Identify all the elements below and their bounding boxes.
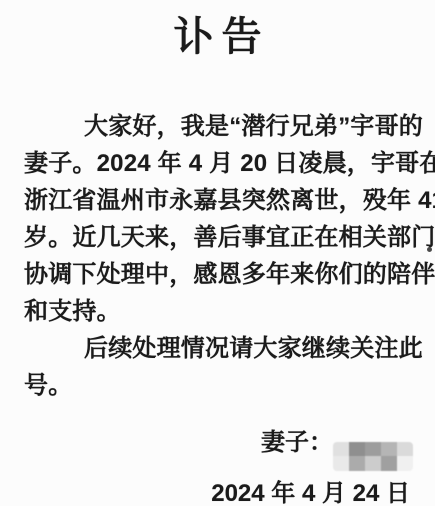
body-line: 浙江省温州市永嘉县突然离世，殁年 41: [24, 182, 417, 219]
signature-date: 2024 年 4 月 24 日: [0, 479, 435, 506]
ink-speck-artifact: [427, 247, 432, 252]
redacted-name-mosaic: [333, 442, 413, 471]
body-text: 大家好，我是“潜行兄弟”宇哥的 妻子。2024 年 4 月 20 日凌晨，宇哥在…: [0, 108, 435, 404]
body-line: 大家好，我是“潜行兄弟”宇哥的: [24, 108, 417, 145]
body-line: 岁。近几天来，善后事宜正在相关部门: [24, 219, 417, 256]
body-line: 协调下处理中，感恩多年来你们的陪伴: [24, 256, 417, 293]
body-line: 后续处理情况请大家继续关注此: [24, 330, 417, 367]
obituary-page: 讣告 大家好，我是“潜行兄弟”宇哥的 妻子。2024 年 4 月 20 日凌晨，…: [0, 0, 435, 506]
signature-label: 妻子：: [261, 429, 333, 456]
signature-row: 妻子：: [0, 428, 435, 471]
body-line: 和支持。: [24, 293, 417, 330]
page-title: 讣告: [0, 0, 435, 60]
body-line: 妻子。2024 年 4 月 20 日凌晨，宇哥在: [24, 145, 417, 182]
body-line: 号。: [24, 367, 417, 404]
